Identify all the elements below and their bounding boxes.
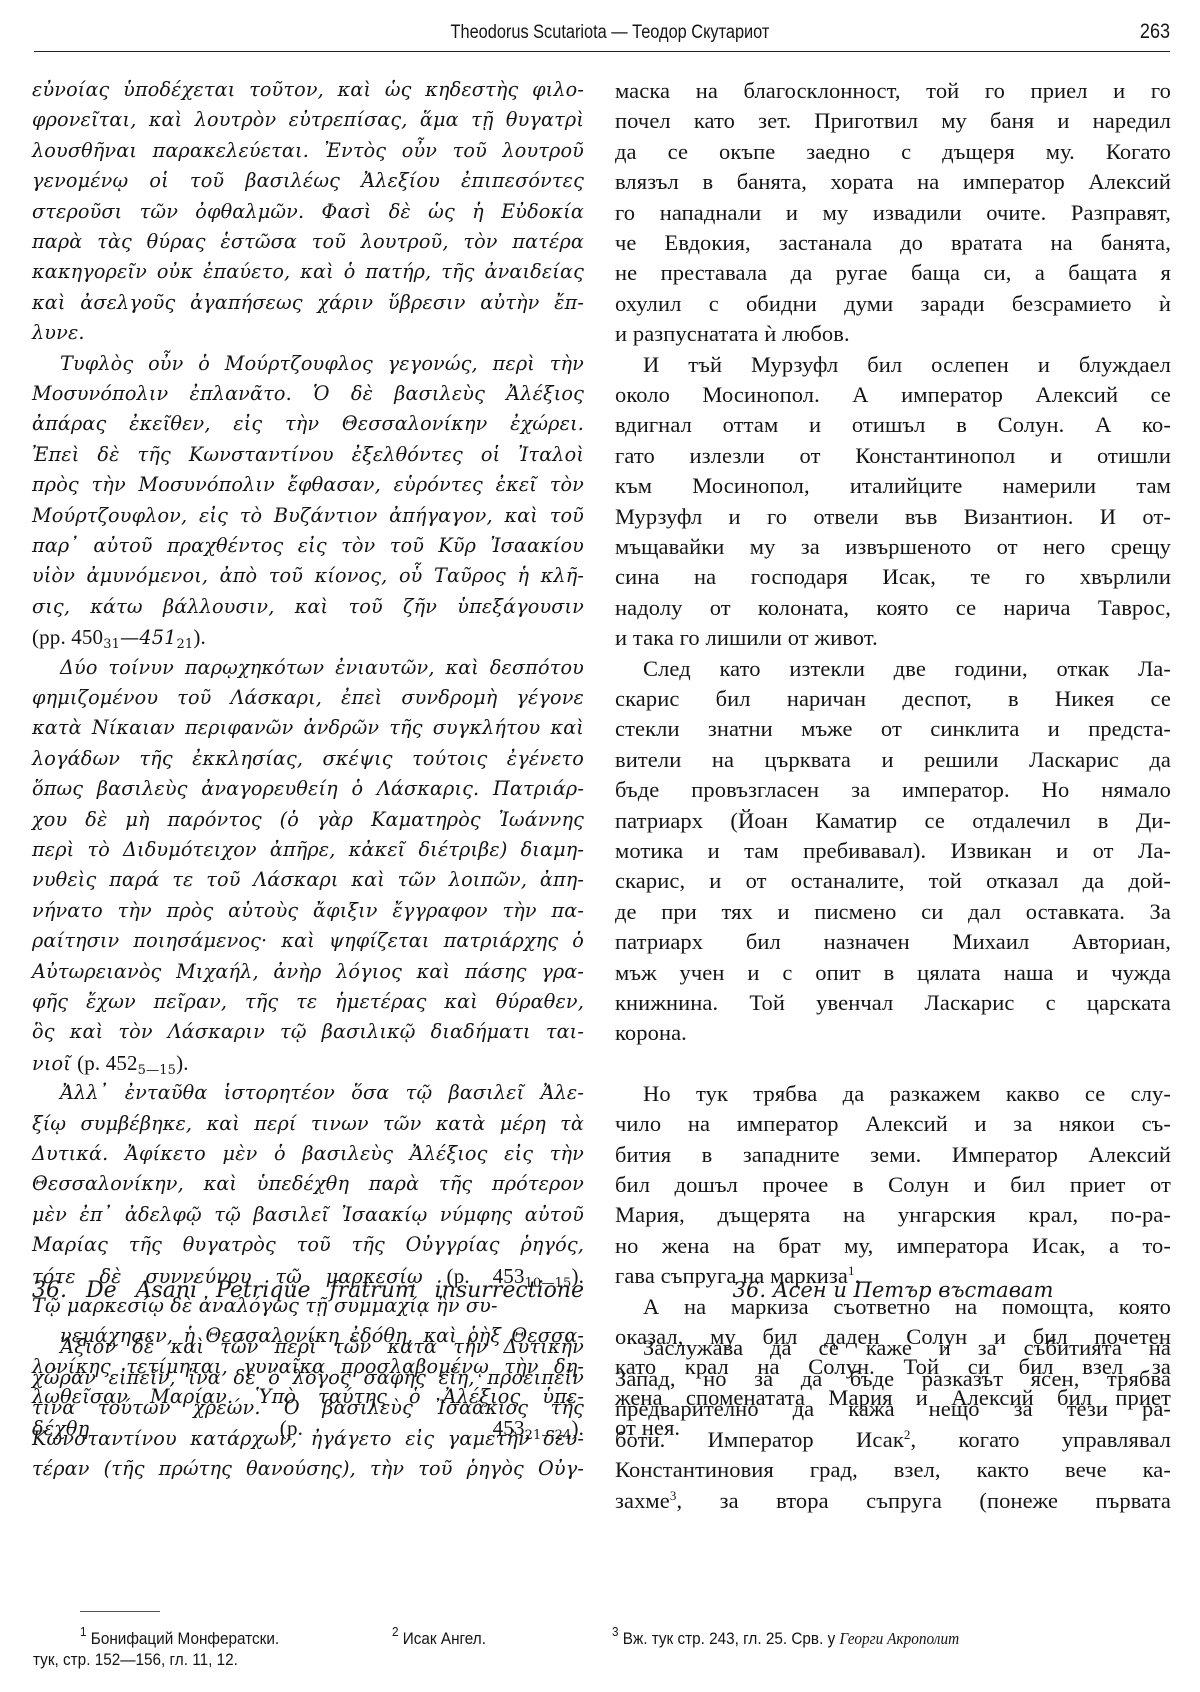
header-rule [34, 51, 1170, 52]
footnote-rule [80, 1611, 160, 1612]
text-line: φῆς ἔχων πεῖραν, τῆς τε ἡμετέρας καὶ θύρ… [32, 990, 584, 1020]
text-line: охулил с обидни думи заради безсрамието … [615, 291, 1171, 321]
text-line: Δυτικά. Ἀφίκετο μὲν ὁ βασιλεὺς Ἀλέξιος ε… [32, 1142, 584, 1172]
running-head: Theodorus Scutariota — Теодор Скутариот … [34, 20, 1170, 48]
text-line: χου δὲ μὴ παρόντος (ὁ γὰρ Καματηρὸς Ἰωάν… [32, 808, 584, 838]
text-line: Мурзуфл и го отвели във Византион. И от- [615, 504, 1171, 534]
text-line: τινα τούτων χρεών. Ὁ βασιλεὺς Ἰσαάκιος τ… [32, 1396, 584, 1426]
text-line: де при тях и писмено си дал оставката. З… [615, 899, 1171, 929]
text-line: πρὸς τὴν Μοσυνόπολιν ἔφθασαν, εὑρόντες ἐ… [32, 473, 584, 503]
text-line: Но тук трябва да разкажем какво се слу- [615, 1081, 1171, 1111]
text-line: Δύο τοίνυν παρῳχηκότων ἐνιαυτῶν, καὶ δεσ… [32, 656, 584, 686]
text-line: бил дошъл прочее в Солун и бил приет от [615, 1172, 1171, 1202]
text-line: ἀπάρας ἐκεῖθεν, εἰς τὴν Θεσσαλονίκην ἐχώ… [32, 412, 584, 442]
text-line: към Мосинопол, италийците намерили там [615, 473, 1171, 503]
text-line: λογάδων τῆς ἐκκλησίας, σκέψις τούτοις ἐγ… [32, 747, 584, 777]
text-line: След като изтекли две години, откак Ла- [615, 656, 1171, 686]
text-line: скарис бил наричан деспот, в Никея се [615, 686, 1171, 716]
text-line: νιοῖ (p. 4525—15). [32, 1051, 584, 1081]
text-line: патриарх бил назначен Михаил Авториан, [615, 929, 1171, 959]
text-line: мотика и там пребивавал). Извикан и от Л… [615, 838, 1171, 868]
text-line: Τυφλὸς οὖν ὁ Μούρτζουφλος γεγονώς, περὶ … [32, 352, 584, 382]
text-line: γενομένῳ οἱ τοῦ βασιλέως Ἀλεξίου ἐπιπεσό… [32, 169, 584, 199]
text-line: κατὰ Νίκαιαν περιφανῶν ἀνδρῶν τῆς συγκλή… [32, 716, 584, 746]
text-line: περὶ τὸ Διδυμότειχον ἀπῆρε, κἀκεῖ διέτρι… [32, 838, 584, 868]
text-line: че Евдокия, застанала до вратата на баня… [615, 230, 1171, 260]
text-line: Константиновия град, взел, както вече ка… [615, 1457, 1171, 1487]
text-line: вители на църквата и решили Ласкарис да [615, 747, 1171, 777]
text-line: παρὰ τὰς θύρας ἑστῶσα τοῦ λουτροῦ, τὸν π… [32, 230, 584, 260]
text-line: ραίτησιν ποιησάμενος· καὶ ψηφίζεται πατρ… [32, 929, 584, 959]
text-line: νυθεὶς παρά τε τοῦ Λάσκαρι καὶ τῶν λοιπῶ… [32, 868, 584, 898]
text-line: вдигнал оттам и отишъл в Солун. А ко- [615, 412, 1171, 442]
text-line: σις, κάτω βάλλουσιν, καὶ τοῦ ζῆν ὑπεξάγο… [32, 595, 584, 625]
text-line: скарис, и от останалите, той отказал да … [615, 868, 1171, 898]
text-line: ὅπως βασιλεὺς ἀναγορευθείη ὁ Λάσκαρις. Π… [32, 777, 584, 807]
text-line: λυνε. [32, 321, 584, 351]
text-line: корона. [615, 1020, 1171, 1050]
text-line: εὐνοίας ὑποδέχεται τοῦτον, καὶ ὡς κηδεστ… [32, 78, 584, 108]
running-title: Theodorus Scutariota — Теодор Скутариот [121, 22, 1098, 44]
text-line: боти. Император Исак2, когато управлявал [615, 1427, 1171, 1457]
text-line: Αὐτωρειανὸς Μιχαήλ, ἀνὴρ λόγιος καὶ πάση… [32, 960, 584, 990]
text-line: ξίῳ συμβέβηκε, καὶ περί τινων τῶν κατὰ μ… [32, 1112, 584, 1142]
text-line: книжнина. Той увенчал Ласкарис с царскат… [615, 990, 1171, 1020]
text-line: Μούρτζουφλον, εἰς τὸ Βυζάντιον ἀπήγαγον,… [32, 504, 584, 534]
book-page: Theodorus Scutariota — Теодор Скутариот … [0, 0, 1200, 1692]
text-line: чило на император Алексий и за някои съ- [615, 1111, 1171, 1141]
text-line: стекли знатни мъже от синклита и предста… [615, 716, 1171, 746]
text-line: около Мосинопол. А император Алексий се [615, 382, 1171, 412]
text-line: почел като зет. Приготвил му баня и наре… [615, 108, 1171, 138]
text-line: надолу от колоната, която се нарича Тавр… [615, 595, 1171, 625]
text-line: (pp. 45031—45121). [32, 625, 584, 655]
text-line: не преставала да ругае баща си, а бащата… [615, 260, 1171, 290]
text-line: бъде провъзгласен за император. Но нямал… [615, 777, 1171, 807]
text-line: ὃς καὶ τὸν Λάσκαριν τῷ βασιλικῷ διαδήματ… [32, 1020, 584, 1050]
text-line: καὶ ἀσελγοῦς ἀγαπήσεως χάριν ὕβρεσιν αὐτ… [32, 291, 584, 321]
text-line: Μοσυνόπολιν ἐπλανᾶτο. Ὁ δὲ βασιλεὺς Ἀλέξ… [32, 382, 584, 412]
text-line: παρ᾽ αὐτοῦ πραχθέντος εἰς τὸν τοῦ Κῦρ Ἰσ… [32, 534, 584, 564]
text-line: κακηγορεῖν οὐκ ἐπαύετο, καὶ ὁ πατήρ, τῆς… [32, 260, 584, 290]
text-line: го нападнали и му извадили очите. Разпра… [615, 200, 1171, 230]
text-line: υἱὸν ἀμυνόμενοι, ἀπὸ τοῦ κίονος, οὗ Ταῦρ… [32, 564, 584, 594]
text-line: И тъй Мурзуфл бил ослепен и блуждаел [615, 352, 1171, 382]
text-line: τέραν (τῆς πρώτης θανούσης), τὴν τοῦ ῥηγ… [32, 1457, 584, 1487]
text-line: но жена на брат му, императора Исак, а т… [615, 1233, 1171, 1263]
text-line: сина на господаря Исак, те го хвърлили [615, 564, 1171, 594]
text-line: Ἀλλ᾽ ἐνταῦθα ἱστορητέον ὅσα τῷ βασιλεῖ Ἀ… [32, 1081, 584, 1111]
text-line: мъж учен и с опит в цялата наша и чужда [615, 960, 1171, 990]
text-line: и така го лишили от живот. [615, 625, 1171, 655]
text-line: Ἄξιον δὲ καὶ τῶν περὶ τῶν κατὰ τὴν Δυτικ… [32, 1335, 584, 1365]
text-line: мъщавайки му за извършеното от него срещ… [615, 534, 1171, 564]
page-number: 263 [1140, 20, 1170, 44]
text-line: предварително да кажа нещо за тези ра- [615, 1396, 1171, 1426]
text-line: захме3, за втора съпруга (понеже първата [615, 1488, 1171, 1518]
footnote-1: 1 Бонифаций Монфератски. [80, 1624, 279, 1649]
text-line: маска на благосклонност, той го приел и … [615, 78, 1171, 108]
text-line: гато излезли от Константинопол и отишли [615, 443, 1171, 473]
section-heading-bulgarian: 36. Асен и Петър въстават [615, 1278, 1171, 1302]
text-line: и разпуснатата ѝ любов. [615, 321, 1171, 351]
text-line: μὲν ἐπ᾽ ἀδελφῷ τῷ βασιλεῖ Ἰσαακίῳ νύμφης… [32, 1203, 584, 1233]
text-line: бития в западните земи. Император Алекси… [615, 1142, 1171, 1172]
section-heading-latin: 36. De Asani Petrique fratrum insurrecti… [32, 1278, 584, 1303]
text-line: да се окъпе заедно с дъщеря му. Когато [615, 139, 1171, 169]
text-line: Ἐπεὶ δὲ τῆς Κωνσταντίνου ἐξελθόντες οἱ Ἰ… [32, 443, 584, 473]
text-line: χώραν εἰπεῖν, ἵνα δὲ ὁ λόγος σαφὴς εἴη, … [32, 1366, 584, 1396]
text-line: Мария, дъщерята на унгарския крал, по-ра… [615, 1202, 1171, 1232]
text-line: Заслужава да се каже и за събитията на [615, 1335, 1171, 1365]
text-line: νήνατο τὴν πρὸς αὐτοὺς ἄφιξιν ἔγγραφον τ… [32, 899, 584, 929]
footnote-2: 2 Исак Ангел. [392, 1624, 486, 1649]
text-line: στεροῦσι τῶν ὀφθαλμῶν. Φασὶ δὲ ὡς ἡ Εὐδο… [32, 200, 584, 230]
text-line: влязъл в банята, хората на император Але… [615, 169, 1171, 199]
text-line: Κωνσταντίνου κατάρχων, ἠγάγετο εἰς γαμετ… [32, 1427, 584, 1457]
footnote-3: 3 Вж. тук стр. 243, гл. 25. Срв. у Георг… [612, 1624, 959, 1649]
text-line: Запад, но за да бъде разказът ясен, тряб… [615, 1366, 1171, 1396]
text-line: патриарх (Йоан Каматир се отдалечил в Ди… [615, 808, 1171, 838]
text-line: φημιζομένου τοῦ Λάσκαρι, ἐπεὶ συνδρομὴ γ… [32, 686, 584, 716]
footnote-3-continuation: тук, стр. 152—156, гл. 11, 12. [33, 1650, 238, 1670]
text-line: λουσθῆναι παρακελεύεται. Ἐντὸς οὖν τοῦ λ… [32, 139, 584, 169]
text-line: Μαρίας τῆς θυγατρὸς τοῦ τῆς Οὐγγρίας ῥηγ… [32, 1233, 584, 1263]
text-line: Θεσσαλονίκην, καὶ ὑπεδέχθη παρὰ τῆς πρότ… [32, 1172, 584, 1202]
text-line: φρονεῖται, καὶ λουτρὸν εὐτρεπίσας, ἅμα τ… [32, 108, 584, 138]
